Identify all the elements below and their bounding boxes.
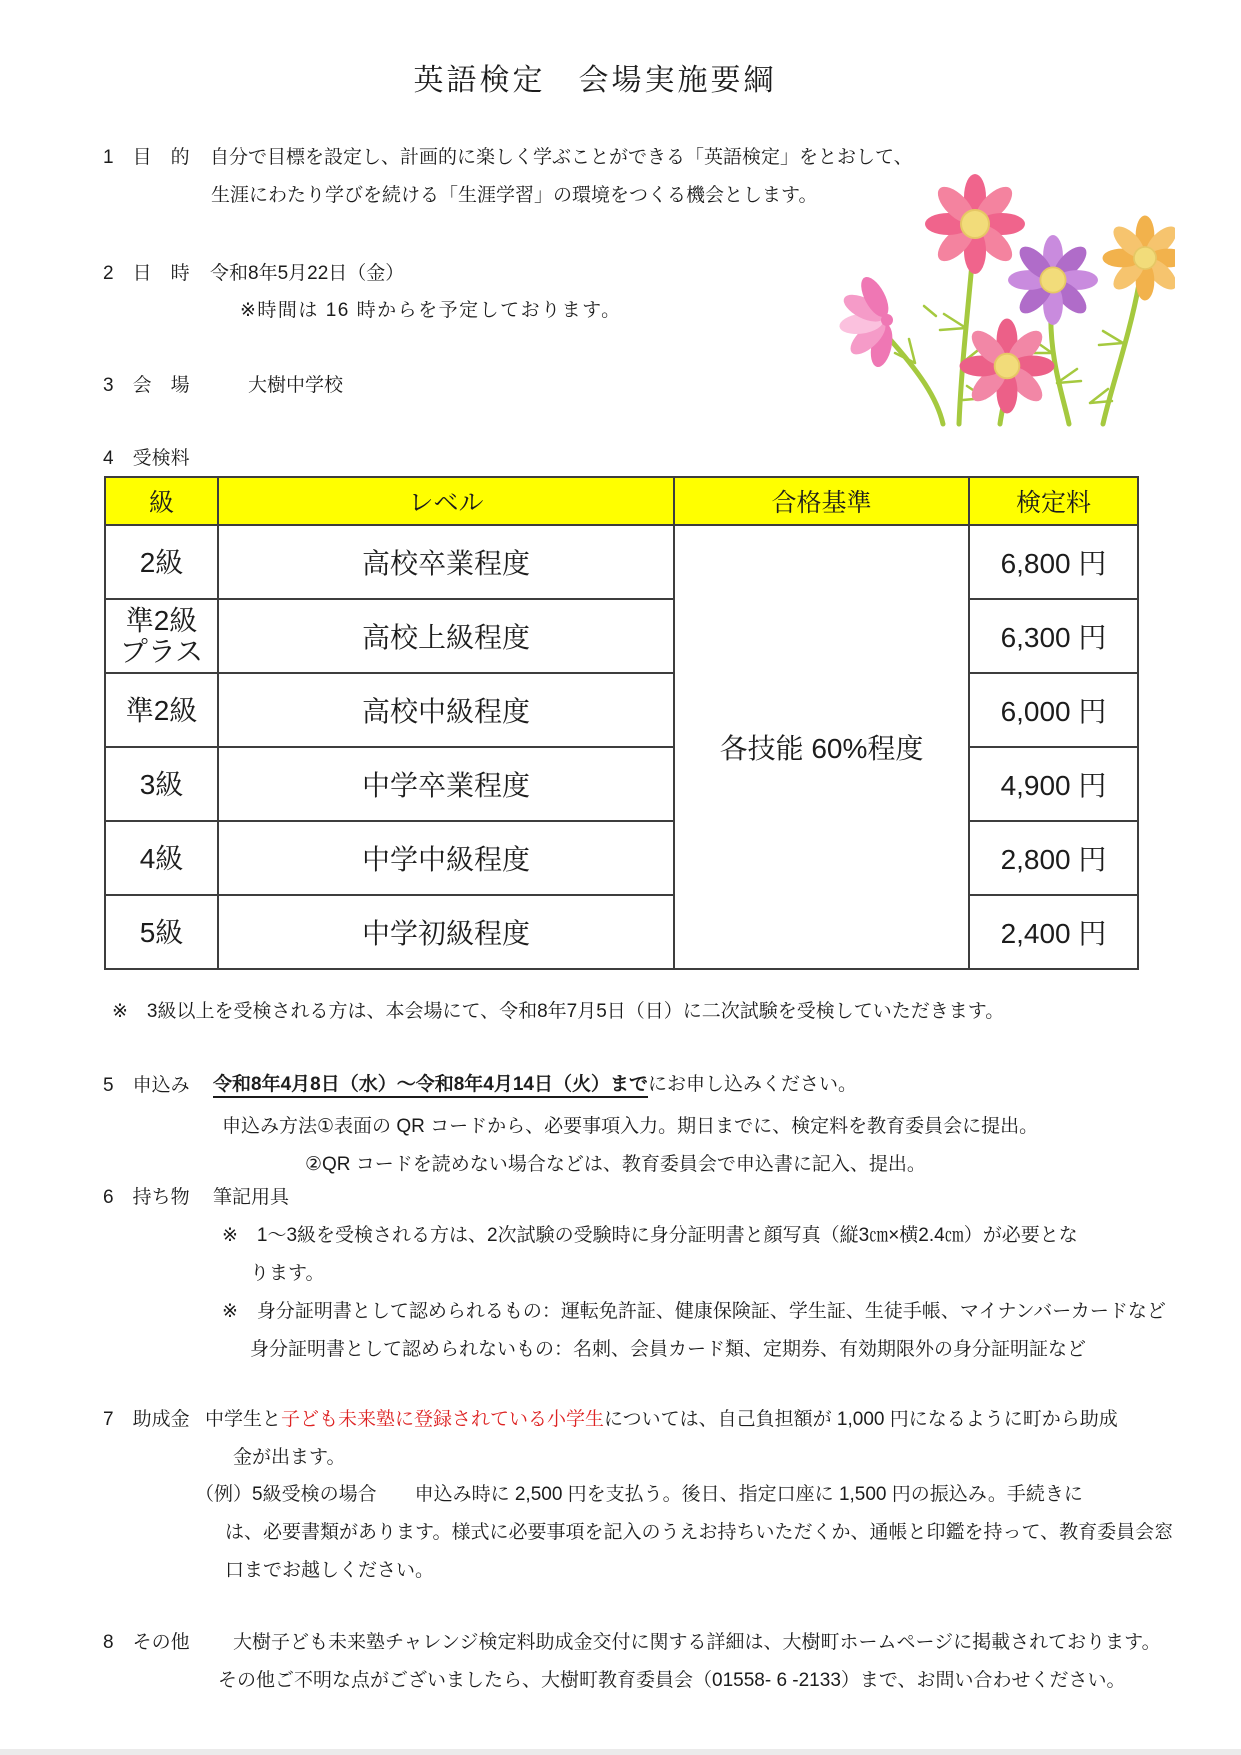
fee-table-grade: 5級 [105,895,218,969]
section-7-intro: 中学生と子ども未来塾に登録されている小学生については、自己負担額が 1,000 … [205,1408,1118,1432]
fee-table-grade: 2級 [105,525,218,599]
section-2-value: 令和8年5月22日（金） [210,262,404,286]
fee-table-level: 高校卒業程度 [218,525,674,599]
fee-table-grade: 準2級 プラス [105,599,218,673]
section-6-note-2: ※ 身分証明書として認められるもの：運転免許証、健康保険証、学生証、生徒手帳、マ… [222,1300,1166,1324]
section-5-method-2: ②QR コードを読めない場合などは、教育委員会で申込書に記入、提出。 [305,1153,926,1177]
fee-table-header-criteria: 合格基準 [674,477,969,525]
page-bottom-edge [0,1749,1241,1755]
section-7-intro-highlight: 子ども未来塾に登録されている小学生 [281,1409,604,1430]
flower-pink-top [925,174,1025,274]
section-5-label: 5 申込み [103,1074,190,1098]
fee-table-fee: 6,000 円 [969,673,1138,747]
section-7-intro-post: については、自己負担額が 1,000 円になるように町から助成 [604,1409,1118,1430]
fee-table-header-fee: 検定料 [969,477,1138,525]
fee-table-header-grade: 級 [105,477,218,525]
section-7-intro-pre: 中学生と [205,1409,281,1430]
section-4-label: 4 受検料 [103,447,190,471]
fee-table-row: 2級 高校卒業程度 各技能 60%程度 6,800 円 [105,525,1138,599]
section-6-label: 6 持ち物 [103,1186,190,1210]
fee-table-row: 準2級 高校中級程度 6,000 円 [105,673,1138,747]
flower-pink-side [825,271,910,380]
section-1-line-1: 自分で目標を設定し、計画的に楽しく学ぶことができる「英語検定」をとおして、 [210,146,913,170]
section-6-note-1b: ります。 [250,1262,324,1286]
fee-table-fee: 2,800 円 [969,821,1138,895]
fee-table-level: 高校上級程度 [218,599,674,673]
fee-table-row: 準2級 プラス 高校上級程度 6,300 円 [105,599,1138,673]
fee-table-level: 中学中級程度 [218,821,674,895]
fee-table-header-level: レベル [218,477,674,525]
fee-table-fee: 6,300 円 [969,599,1138,673]
section-5-deadline-suffix: にお申し込みください。 [648,1074,857,1095]
section-2-time-note: ※時間は 16 時からを予定しております。 [240,299,622,323]
fee-table-note: ※ 3級以上を受検される方は、本会場にて、令和8年7月5日（日）に二次試験を受検… [112,1000,1004,1024]
section-8-label: 8 その他 [103,1631,190,1655]
section-3-value: 大樹中学校 [248,374,343,398]
section-7-intro-cont: 金が出ます。 [233,1446,345,1470]
section-3-label: 3 会 場 [103,374,190,398]
flower-orange [1103,216,1176,301]
section-6-note-1: ※ 1～3級を受検される方は、2次試験の受験時に身分証明書と顔写真（縦3㎝×横2… [222,1224,1078,1248]
section-7-example-2: は、必要書類があります。様式に必要事項を記入のうえお持ちいただくか、通帳と印鑑を… [225,1521,1173,1545]
fee-table: 級 レベル 合格基準 検定料 2級 高校卒業程度 各技能 60%程度 6,800… [104,476,1139,970]
section-7-example-3: 口までお越しください。 [225,1559,434,1583]
section-6-note-3: 身分証明書として認められないもの：名刺、会員カード類、定期券、有効期限外の身分証… [250,1338,1086,1362]
fee-table-row: 3級 中学卒業程度 4,900 円 [105,747,1138,821]
fee-table-grade: 3級 [105,747,218,821]
fee-table-level: 中学卒業程度 [218,747,674,821]
flower-pink-bottom [960,319,1055,414]
fee-table-fee: 2,400 円 [969,895,1138,969]
section-1-label: 1 目 的 [103,146,190,170]
fee-table-fee: 4,900 円 [969,747,1138,821]
section-2-label: 2 日 時 [103,262,190,286]
section-6-value: 筆記用具 [213,1186,289,1210]
section-8-line-1: 大樹子ども未来塾チャレンジ検定料助成金交付に関する詳細は、大樹町ホームページに掲… [233,1631,1161,1655]
document-page: 英語検定 会場実施要綱 [0,0,1241,1755]
fee-table-grade: 準2級 [105,673,218,747]
flower-purple [1008,235,1098,325]
section-8-line-2: その他ご不明な点がございましたら、大樹町教育委員会（01558- 6 -2133… [218,1669,1126,1693]
fee-table-header-row: 級 レベル 合格基準 検定料 [105,477,1138,525]
fee-table-row: 5級 中学初級程度 2,400 円 [105,895,1138,969]
fee-table-grade: 4級 [105,821,218,895]
section-5-method-1: 申込み方法①表面の QR コードから、必要事項入力。期日までに、検定料を教育委員… [222,1115,1038,1139]
section-7-label: 7 助成金 [103,1408,190,1432]
fee-table-fee: 6,800 円 [969,525,1138,599]
section-1-line-2: 生涯にわたり学びを続ける「生涯学習」の環境をつくる機会とします。 [211,184,817,208]
fee-table-row: 4級 中学中級程度 2,800 円 [105,821,1138,895]
page-title: 英語検定 会場実施要綱 [0,55,1190,99]
fee-table-level: 中学初級程度 [218,895,674,969]
fee-table-level: 高校中級程度 [218,673,674,747]
fee-table-criteria-merged: 各技能 60%程度 [674,525,969,969]
section-5-deadline-bold: 令和8年4月8日（水）～令和8年4月14日（火）まで [213,1074,648,1098]
section-7-example-1: （例）5級受検の場合 申込み時に 2,500 円を支払う。後日、指定口座に 1,… [195,1483,1083,1507]
section-5-deadline: 令和8年4月8日（水）～令和8年4月14日（火）までにお申し込みください。 [213,1073,857,1097]
